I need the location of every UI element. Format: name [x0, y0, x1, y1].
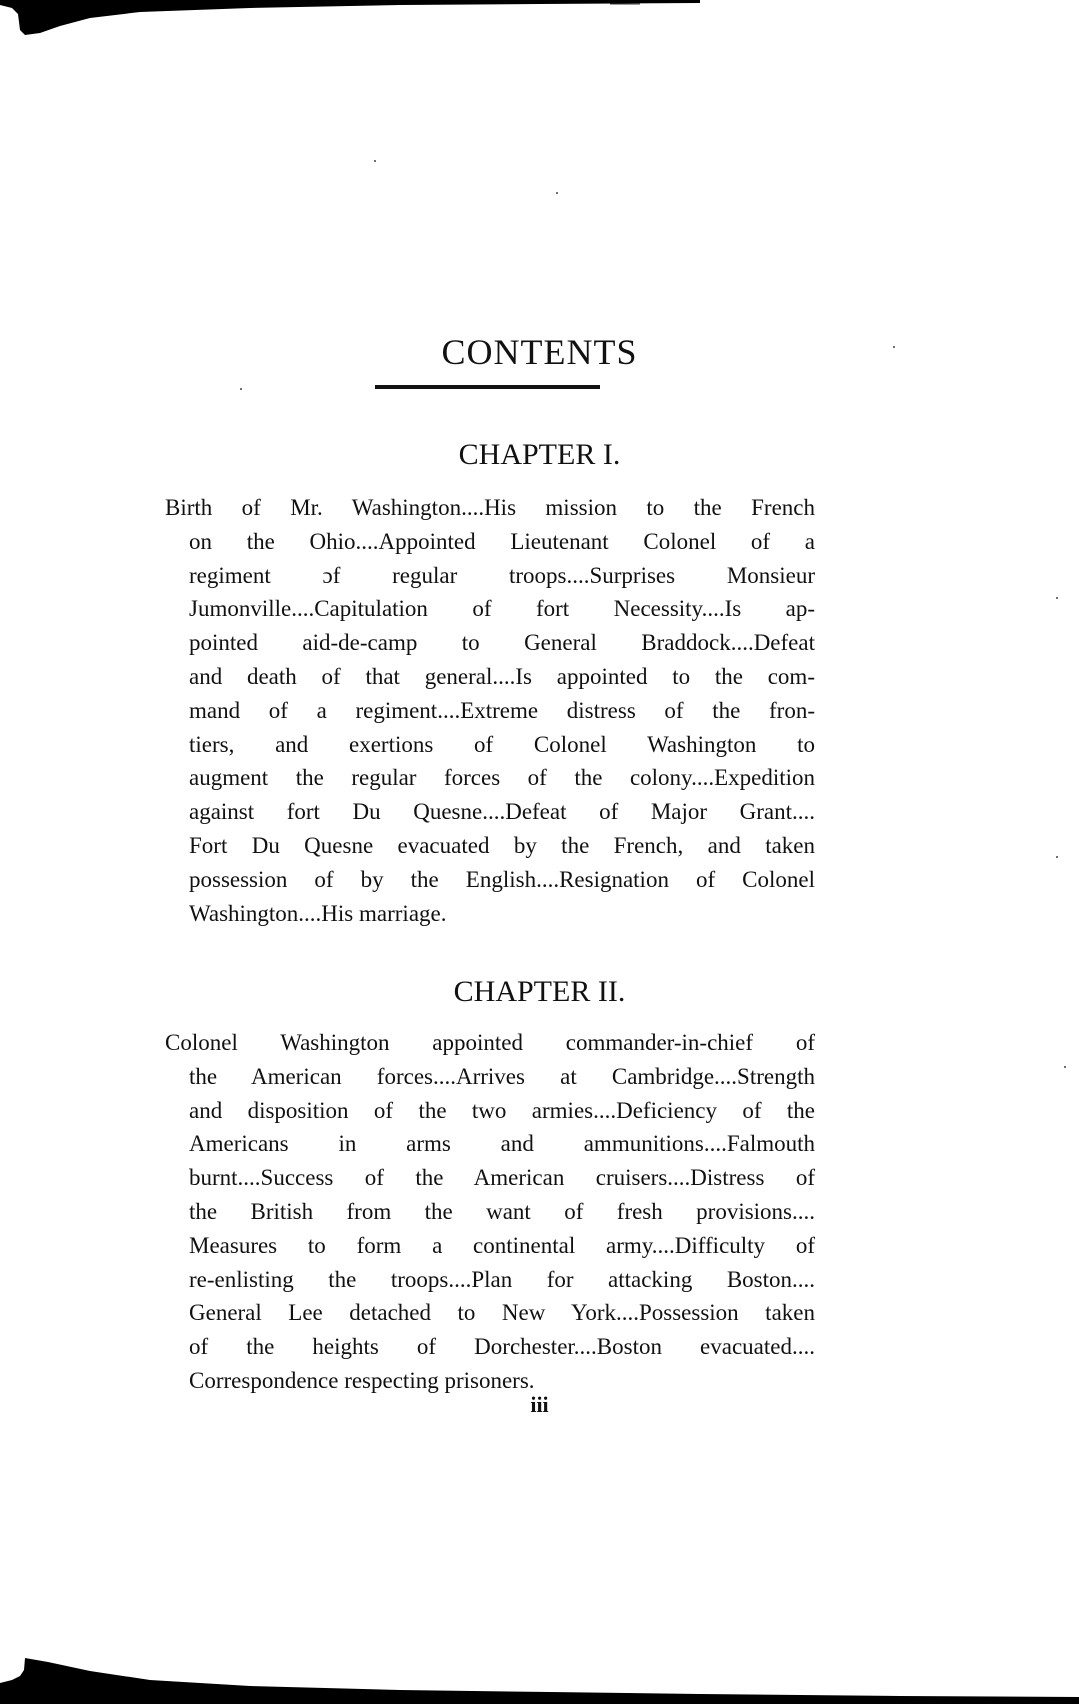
summary-line: mand of a regiment....Extreme distress o…: [165, 694, 815, 728]
summary-line: augment the regular forces of the colony…: [165, 761, 815, 795]
scan-speck: [556, 192, 558, 194]
summary-line: burnt....Success of the American cruiser…: [165, 1161, 815, 1195]
summary-line: of the heights of Dorchester....Boston e…: [165, 1330, 815, 1364]
page-title: CONTENTS: [0, 334, 1079, 370]
scan-speck: [893, 346, 895, 348]
summary-line: Jumonville....Capitulation of fort Neces…: [165, 592, 815, 626]
scan-speck: [1064, 1066, 1066, 1068]
chapter-1-heading: CHAPTER I.: [0, 440, 1079, 470]
chapter-1-summary: Birth of Mr. Washington....His mission t…: [165, 491, 815, 930]
summary-line: regiment ɔf regular troops....Surprises …: [165, 559, 815, 593]
scan-speck: [1056, 597, 1058, 599]
summary-line: the British from the want of fresh provi…: [165, 1195, 815, 1229]
scan-speck: [1056, 856, 1058, 858]
scan-speck: [374, 160, 376, 162]
summary-line: on the Ohio....Appointed Lieutenant Colo…: [165, 525, 815, 559]
summary-line: against fort Du Quesne....Defeat of Majo…: [165, 795, 815, 829]
summary-line: General Lee detached to New York....Poss…: [165, 1296, 815, 1330]
scan-speck: [240, 388, 242, 390]
summary-line: re-enlisting the troops....Plan for atta…: [165, 1263, 815, 1297]
summary-line: Colonel Washington appointed commander-i…: [165, 1026, 815, 1060]
contents-page: CONTENTS CHAPTER I. Birth of Mr. Washing…: [0, 0, 1079, 1704]
summary-line: Measures to form a continental army....D…: [165, 1229, 815, 1263]
summary-line: and death of that general....Is appointe…: [165, 660, 815, 694]
chapter-2-heading: CHAPTER II.: [0, 977, 1079, 1007]
summary-line: Washington....His marriage.: [165, 897, 815, 931]
summary-line: Fort Du Quesne evacuated by the French, …: [165, 829, 815, 863]
page-number: iii: [0, 1392, 1079, 1418]
summary-line: the American forces....Arrives at Cambri…: [165, 1060, 815, 1094]
summary-line: pointed aid-de-camp to General Braddock.…: [165, 626, 815, 660]
summary-line: possession of by the English....Resignat…: [165, 863, 815, 897]
chapter-2-summary: Colonel Washington appointed commander-i…: [165, 1026, 815, 1398]
summary-line: Birth of Mr. Washington....His mission t…: [165, 491, 815, 525]
summary-line: tiers, and exertions of Colonel Washingt…: [165, 728, 815, 762]
summary-line: Americans in arms and ammunitions....Fal…: [165, 1127, 815, 1161]
title-underline: [375, 385, 600, 389]
summary-line: and disposition of the two armies....Def…: [165, 1094, 815, 1128]
